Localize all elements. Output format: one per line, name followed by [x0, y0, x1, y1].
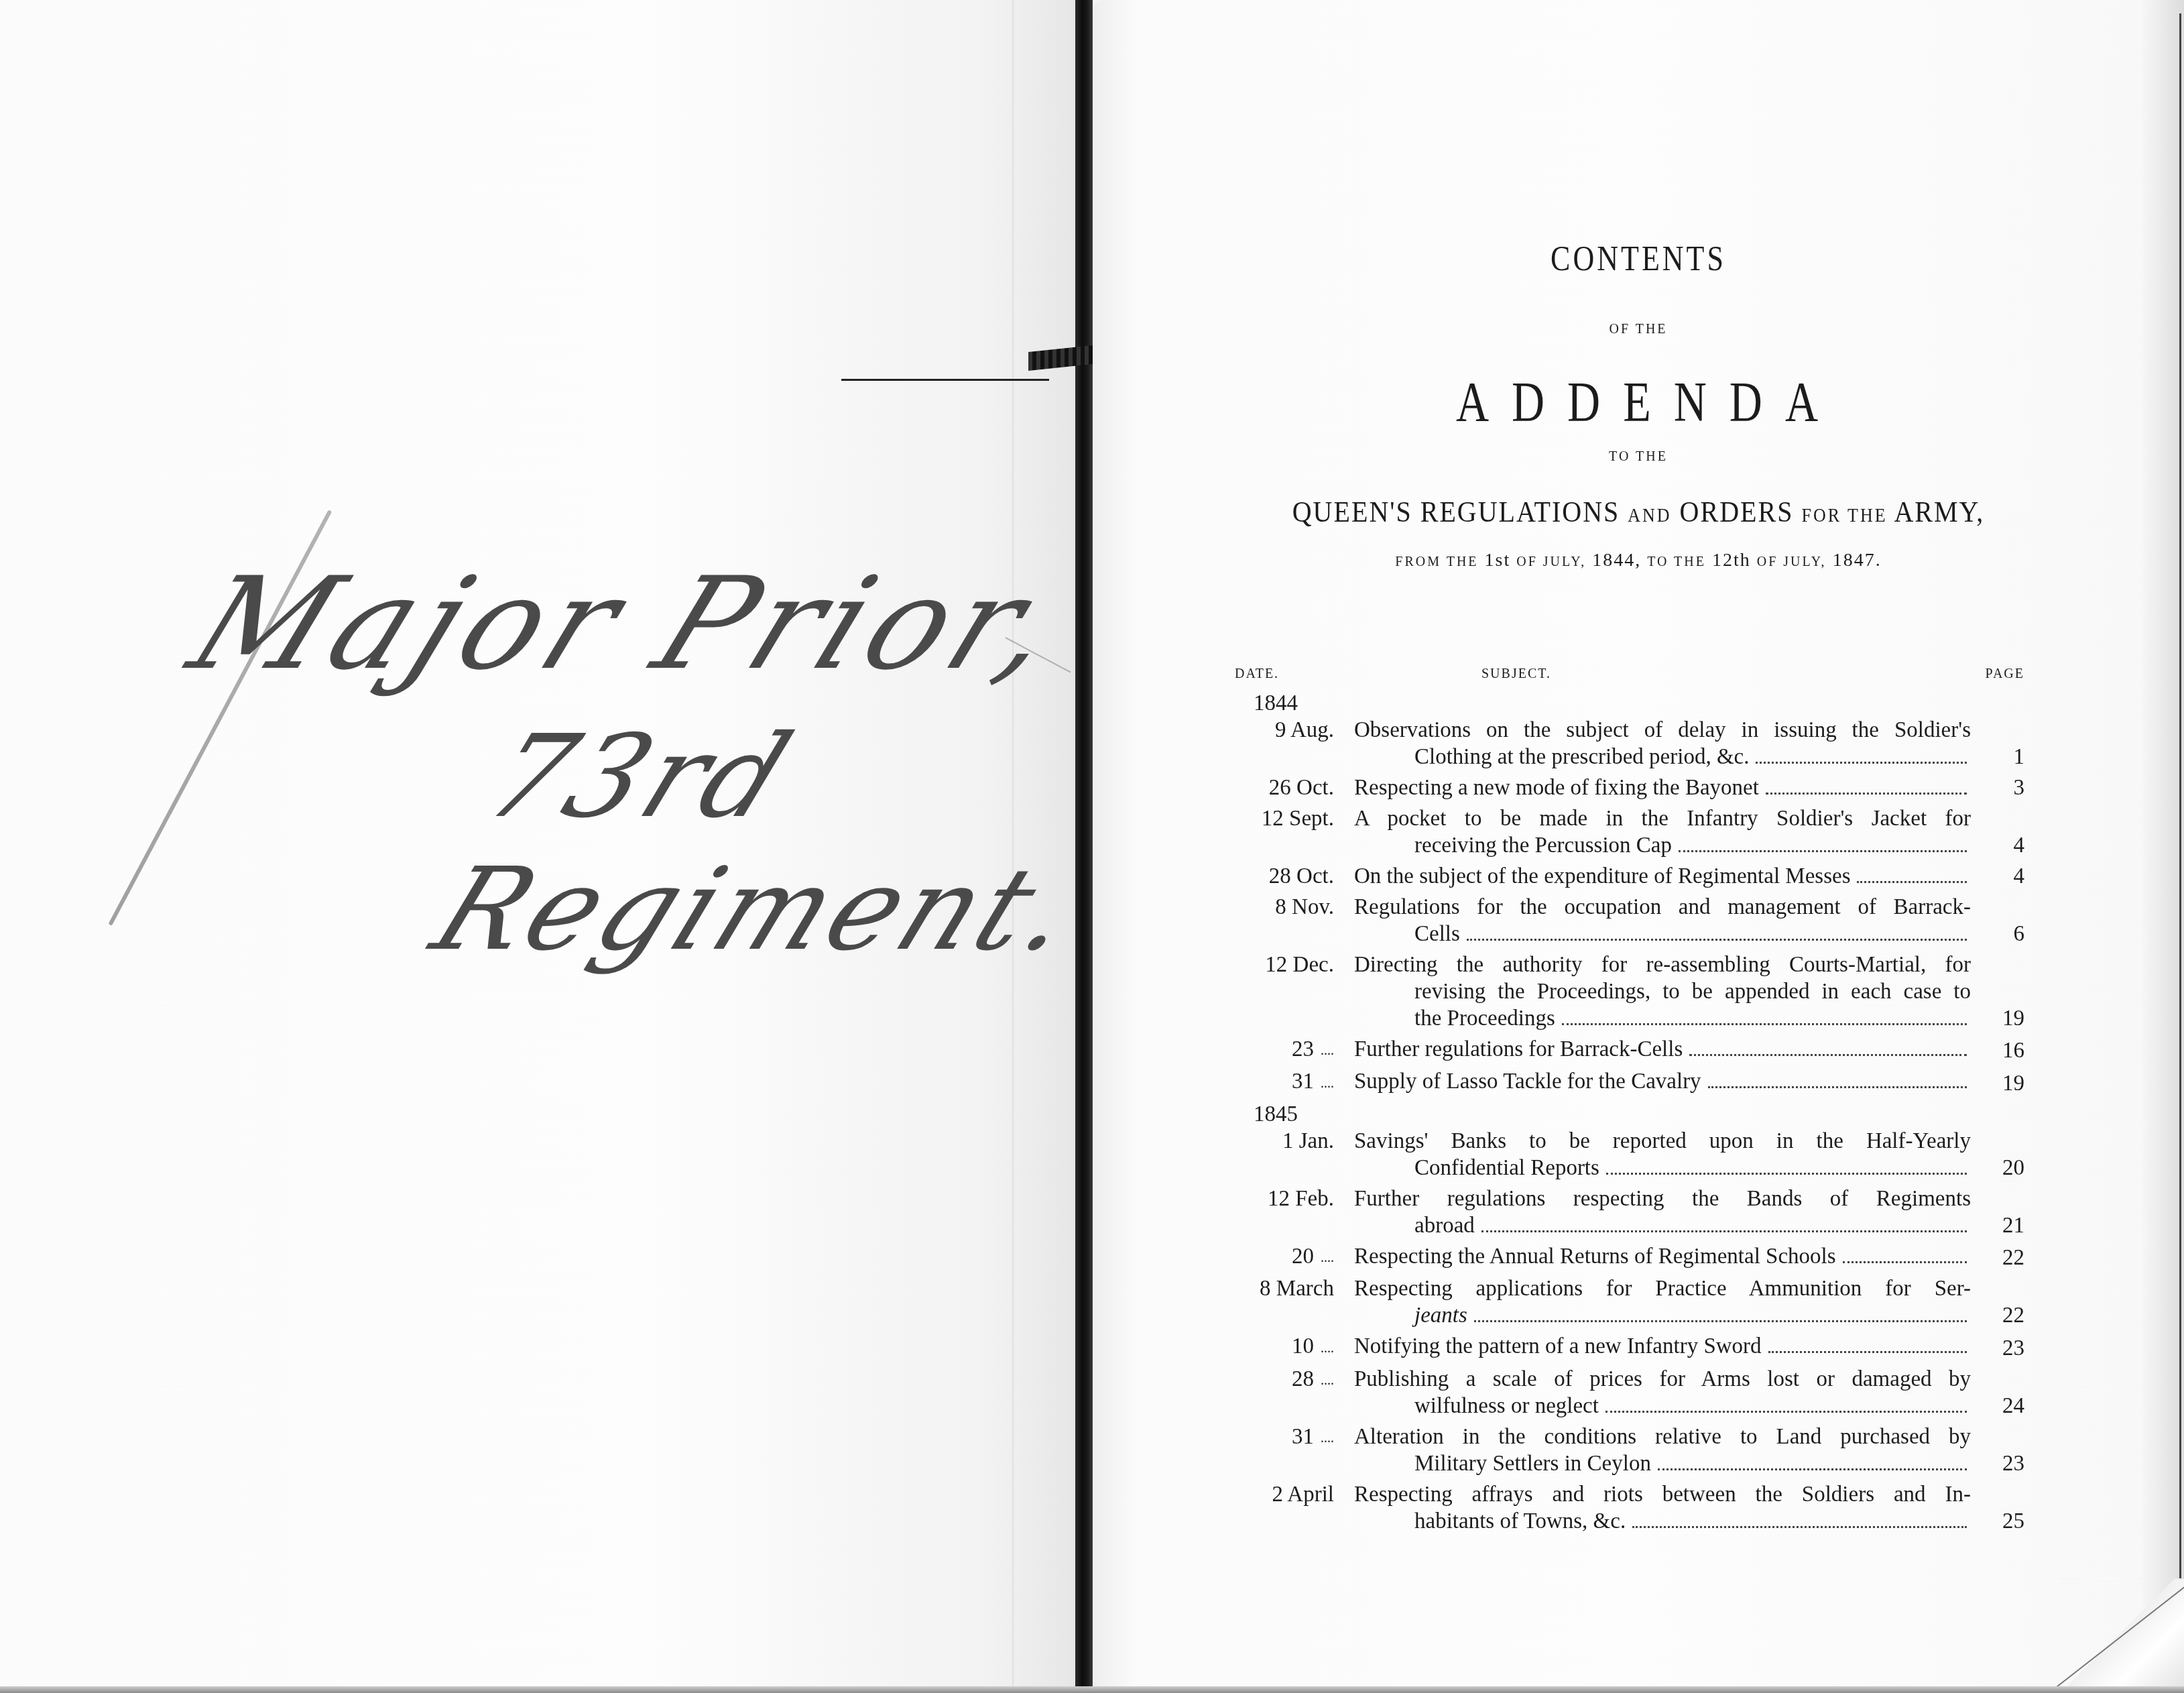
ditto-mark: .... [1314, 1076, 1334, 1091]
inscription-regiment: 73rd Regiment. [416, 711, 1152, 976]
subject-line: Respecting the Annual Returns of Regimen… [1354, 1243, 1836, 1270]
title-to-the: TO THE [1093, 449, 2184, 465]
entry-page: 19 [1984, 1070, 2024, 1097]
title-part: AND [1628, 505, 1671, 526]
toc-entry: 10.... Notifying the pattern of a new In… [1227, 1333, 2024, 1361]
entry-page: 20 [1984, 1155, 2024, 1181]
subject-line: Respecting affrays and riots between the… [1354, 1481, 1971, 1508]
entry-date: 23.... [1227, 1036, 1354, 1064]
entry-subject: Regulations for the occupation and manag… [1354, 894, 2024, 947]
title-part: ARMY, [1894, 495, 1984, 529]
subject-line: Clothing at the prescribed period, &c. [1414, 744, 1749, 770]
subject-line: revising the Proceedings, to be appended… [1354, 978, 1971, 1005]
date-range-part: 1st [1485, 550, 1511, 571]
subject-line-last: receiving the Percussion Cap [1354, 832, 1971, 859]
subject-line: Savings' Banks to be reported upon in th… [1354, 1128, 1971, 1155]
dot-leader [1606, 1155, 1967, 1175]
subject-line-last: Notifying the pattern of a new Infantry … [1354, 1333, 1971, 1360]
entry-date: 26 Oct. [1227, 774, 1354, 801]
entry-page: 1 [1984, 744, 2024, 770]
date-day: 10 [1292, 1334, 1314, 1358]
subject-line: On the subject of the expenditure of Reg… [1354, 863, 1850, 890]
subject-line: Notifying the pattern of a new Infantry … [1354, 1333, 1762, 1360]
entry-page: 25 [1984, 1508, 2024, 1535]
entry-page: 22 [1984, 1244, 2024, 1271]
dot-leader [1605, 1393, 1967, 1413]
toc-entry: 1 Jan. Savings' Banks to be reported upo… [1227, 1128, 2024, 1181]
ditto-mark: .... [1314, 1373, 1334, 1388]
entry-page: 23 [1984, 1335, 2024, 1362]
toc-entry: 12 Sept. A pocket to be made in the Infa… [1227, 805, 2024, 859]
subject-line-last: Cells [1354, 921, 1971, 947]
subject-line-last: habitants of Towns, &c. [1354, 1508, 1971, 1535]
ditto-mark: .... [1314, 1431, 1334, 1446]
ditto-mark: .... [1314, 1250, 1334, 1265]
subject-line-last: Respecting the Annual Returns of Regimen… [1354, 1243, 1971, 1270]
subject-line: abroad [1414, 1212, 1475, 1239]
toc-entry: 28 Oct. On the subject of the expenditur… [1227, 863, 2024, 890]
entry-page: 16 [1984, 1037, 2024, 1064]
dot-leader [1756, 744, 1967, 764]
entry-date: 28 Oct. [1227, 863, 1354, 890]
subject-line: receiving the Percussion Cap [1414, 832, 1672, 859]
subject-line: Confidential Reports [1414, 1155, 1599, 1181]
entry-page: 22 [1984, 1302, 2024, 1329]
title-part: ORDERS [1680, 495, 1794, 529]
entry-subject: Respecting affrays and riots between the… [1354, 1481, 2024, 1535]
date-day: 20 [1292, 1244, 1314, 1269]
dot-leader [1679, 832, 1967, 852]
subject-line-last: Further regulations for Barrack-Cells [1354, 1036, 1971, 1063]
date-range-part: 12th [1712, 550, 1751, 571]
date-day: 28 [1292, 1367, 1314, 1391]
toc-entry: 8 Nov. Regulations for the occupation an… [1227, 894, 2024, 947]
entry-subject: Further regulations respecting the Bands… [1354, 1185, 2024, 1239]
entry-date: 28.... [1227, 1366, 1354, 1419]
inscription-name: Major Prior, [171, 550, 1087, 698]
dog-eared-corner [2050, 1578, 2184, 1693]
entry-date: 10.... [1227, 1333, 1354, 1361]
entry-date: 20.... [1227, 1243, 1354, 1271]
entry-subject: Respecting a new mode of fixing the Bayo… [1354, 774, 2024, 801]
subject-line: Cells [1414, 921, 1460, 947]
dot-leader [1562, 1005, 1967, 1025]
dot-leader [1766, 774, 1967, 795]
date-day: 23 [1292, 1037, 1314, 1061]
date-range-part: OF JULY, [1757, 554, 1827, 569]
title-of-the: OF THE [1093, 322, 2184, 337]
subject-line-last: abroad [1354, 1212, 1971, 1239]
dot-leader [1481, 1212, 1967, 1232]
handwritten-inscription: Major Prior, 73rd Regiment. [188, 510, 1059, 912]
ditto-mark: .... [1314, 1043, 1334, 1058]
entry-date: 8 March [1227, 1275, 1354, 1329]
title-date-range: FROM THE 1st OF JULY, 1844, TO THE 12th … [1093, 550, 2184, 571]
subject-line-last: the Proceedings [1354, 1005, 1971, 1032]
subject-line-last: jeants [1354, 1302, 1971, 1329]
entry-subject: Savings' Banks to be reported upon in th… [1354, 1128, 2024, 1181]
entry-date: 31.... [1227, 1068, 1354, 1096]
subject-line: Directing the authority for re-assemblin… [1354, 951, 1971, 978]
subject-line-last: Supply of Lasso Tackle for the Cavalry [1354, 1068, 1971, 1095]
column-header-date: DATE. [1235, 660, 1279, 687]
toc-entry: 2 April Respecting affrays and riots bet… [1227, 1481, 2024, 1535]
subject-line: Further regulations for Barrack-Cells [1354, 1036, 1683, 1063]
year-heading: 1844 [1227, 690, 2024, 717]
date-range-part: 1847. [1833, 550, 1882, 571]
title-part: QUEEN'S REGULATIONS [1292, 495, 1620, 529]
subject-line-last: Clothing at the prescribed period, &c. [1354, 744, 1971, 770]
title-part: FOR THE [1801, 505, 1887, 526]
entry-subject: Alteration in the conditions relative to… [1354, 1423, 2024, 1477]
entry-page: 3 [1984, 774, 2024, 801]
toc-entry: 31.... Alteration in the conditions rela… [1227, 1423, 2024, 1477]
entry-page: 19 [1984, 1005, 2024, 1032]
subject-line: Observations on the subject of delay in … [1354, 717, 1971, 744]
date-range-part: FROM THE [1395, 554, 1478, 569]
toc-entry: 23.... Further regulations for Barrack-C… [1227, 1036, 2024, 1064]
entry-page: 6 [1984, 921, 2024, 947]
entry-page: 4 [1984, 832, 2024, 859]
entry-date: 2 April [1227, 1481, 1354, 1535]
dot-leader [1857, 863, 1967, 883]
subject-line-last: Confidential Reports [1354, 1155, 1971, 1181]
dot-leader [1768, 1333, 1967, 1353]
date-range-part: 1844, [1592, 550, 1641, 571]
dot-leader [1843, 1243, 1967, 1263]
entry-page: 23 [1984, 1450, 2024, 1477]
subject-line: Supply of Lasso Tackle for the Cavalry [1354, 1068, 1701, 1095]
dot-leader [1689, 1036, 1967, 1056]
date-day: 31 [1292, 1069, 1314, 1094]
entry-page: 4 [1984, 863, 2024, 890]
entry-subject: Further regulations for Barrack-Cells [1354, 1036, 2024, 1064]
subject-line: Further regulations respecting the Bands… [1354, 1185, 1971, 1212]
subject-line: Military Settlers in Ceylon [1414, 1450, 1651, 1477]
subject-line: wilfulness or neglect [1414, 1393, 1599, 1419]
title-queens-regulations: QUEEN'S REGULATIONS AND ORDERS FOR THE A… [1093, 495, 2184, 530]
entry-subject: Observations on the subject of delay in … [1354, 717, 2024, 770]
subject-line: Respecting a new mode of fixing the Bayo… [1354, 774, 1759, 801]
dot-leader [1467, 921, 1967, 941]
year-heading: 1845 [1227, 1101, 2024, 1128]
entry-date: 9 Aug. [1227, 717, 1354, 770]
date-range-part: TO THE [1647, 554, 1706, 569]
book-spine [1075, 0, 1093, 1693]
date-range-part: OF JULY, [1516, 554, 1586, 569]
entry-date: 12 Dec. [1227, 951, 1354, 1032]
subject-line: Alteration in the conditions relative to… [1354, 1423, 1971, 1450]
entry-subject: On the subject of the expenditure of Reg… [1354, 863, 2024, 890]
title-addenda: ADDENDA [1093, 369, 2184, 435]
entry-subject: Respecting applications for Practice Amm… [1354, 1275, 2024, 1329]
dot-leader [1632, 1508, 1967, 1528]
entry-subject: Publishing a scale of prices for Arms lo… [1354, 1366, 2024, 1419]
entry-subject: Notifying the pattern of a new Infantry … [1354, 1333, 2024, 1361]
subject-line-last: Military Settlers in Ceylon [1354, 1450, 1971, 1477]
column-header-subject: SUBJECT. [1481, 660, 1551, 687]
subject-line: Publishing a scale of prices for Arms lo… [1354, 1366, 1971, 1393]
entry-page: 21 [1984, 1212, 2024, 1239]
toc-entry: 31.... Supply of Lasso Tackle for the Ca… [1227, 1068, 2024, 1096]
toc-entry: 8 March Respecting applications for Prac… [1227, 1275, 2024, 1329]
table-of-contents: DATE. SUBJECT. PAGE 1844 9 Aug. Observat… [1227, 660, 2024, 1539]
toc-entry: 9 Aug. Observations on the subject of de… [1227, 717, 2024, 770]
entry-subject: Respecting the Annual Returns of Regimen… [1354, 1243, 2024, 1271]
column-header-page: PAGE [1986, 660, 2024, 687]
date-day: 31 [1292, 1425, 1314, 1449]
title-contents: CONTENTS [1093, 238, 2184, 279]
book-spread: Major Prior, 73rd Regiment. CONTENTS OF … [0, 0, 2184, 1693]
subject-line: Respecting applications for Practice Amm… [1354, 1275, 1971, 1302]
subject-line: jeants [1414, 1302, 1467, 1329]
toc-entry: 12 Feb. Further regulations respecting t… [1227, 1185, 2024, 1239]
dot-leader [1658, 1450, 1967, 1470]
subject-line: the Proceedings [1414, 1005, 1555, 1032]
left-page: Major Prior, 73rd Regiment. [0, 0, 1077, 1693]
toc-entry: 26 Oct. Respecting a new mode of fixing … [1227, 774, 2024, 801]
dot-leader [1474, 1302, 1967, 1322]
subject-line-last: wilfulness or neglect [1354, 1393, 1971, 1419]
entry-date: 12 Sept. [1227, 805, 1354, 859]
ditto-mark: .... [1314, 1341, 1334, 1356]
entry-date: 8 Nov. [1227, 894, 1354, 947]
entry-page: 24 [1984, 1393, 2024, 1419]
entry-date: 1 Jan. [1227, 1128, 1354, 1181]
title-rule-divider [841, 379, 1049, 381]
toc-entry: 28.... Publishing a scale of prices for … [1227, 1366, 2024, 1419]
entry-subject: Supply of Lasso Tackle for the Cavalry [1354, 1068, 2024, 1096]
scan-bottom-edge [0, 1686, 2184, 1693]
toc-column-headers: DATE. SUBJECT. PAGE [1227, 660, 2024, 690]
toc-entry: 12 Dec. Directing the authority for re-a… [1227, 951, 2024, 1032]
entry-subject: A pocket to be made in the Infantry Sold… [1354, 805, 2024, 859]
dot-leader [1708, 1068, 1967, 1088]
entry-subject: Directing the authority for re-assemblin… [1354, 951, 2024, 1032]
entry-date: 31.... [1227, 1423, 1354, 1477]
subject-line: A pocket to be made in the Infantry Sold… [1354, 805, 1971, 832]
entry-date: 12 Feb. [1227, 1185, 1354, 1239]
toc-entry: 20.... Respecting the Annual Returns of … [1227, 1243, 2024, 1271]
subject-line-last: Respecting a new mode of fixing the Bayo… [1354, 774, 1971, 801]
subject-line: habitants of Towns, &c. [1414, 1508, 1626, 1535]
subject-line-last: On the subject of the expenditure of Reg… [1354, 863, 1971, 890]
subject-line: Regulations for the occupation and manag… [1354, 894, 1971, 921]
